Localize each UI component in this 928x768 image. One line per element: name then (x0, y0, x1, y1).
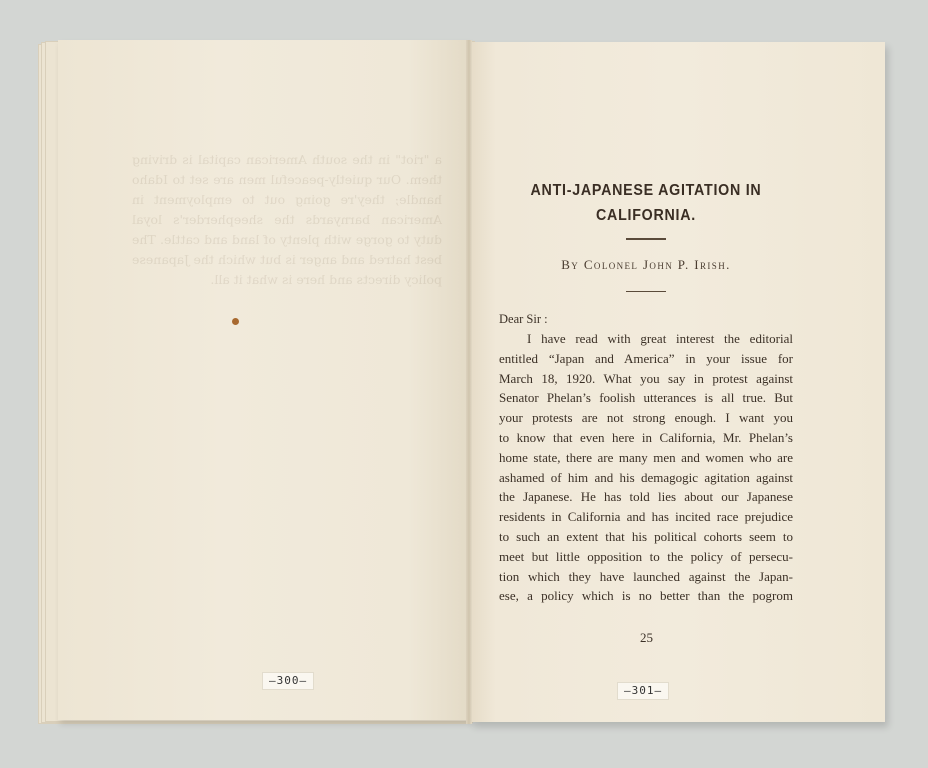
divider-rule (626, 291, 666, 293)
text-line: I have read with great interest the edit… (499, 329, 793, 349)
ink-stain (232, 318, 239, 325)
folio-label-right: —301— (617, 682, 669, 700)
text-line: home state, there are many men and women… (499, 448, 793, 468)
salutation: Dear Sir : (499, 309, 793, 329)
body-text: I have read with great interest the edit… (499, 329, 793, 606)
bleed-through-text: a "riot" in the south American capital i… (132, 150, 442, 290)
text-line: meet but little opposition to the policy… (499, 547, 793, 567)
divider-rule (626, 238, 666, 240)
text-line: to such an extent that his political coh… (499, 527, 793, 547)
byline: By Colonel John P. Irish. (499, 257, 793, 273)
book-gutter (466, 40, 472, 724)
text-line: ashamed of him and his demagogic agitati… (499, 468, 793, 488)
text-line: Senator Phelan’s foolish utterances is a… (499, 388, 793, 408)
text-line: entitled “Japan and America” in your iss… (499, 349, 793, 369)
article: ANTI-JAPANESE AGITATION IN CALIFORNIA. B… (499, 178, 793, 606)
text-line: residents in California and has incited … (499, 507, 793, 527)
title-line-2: CALIFORNIA. (511, 203, 781, 228)
text-line: March 18, 1920. What you say in protest … (499, 369, 793, 389)
page-number: 25 (640, 630, 653, 646)
left-page (58, 40, 470, 720)
text-line: your protests are not strong enough. I w… (499, 408, 793, 428)
text-line: the Japanese. He has told lies about our… (499, 487, 793, 507)
open-book: a "riot" in the south American capital i… (0, 0, 928, 768)
text-line: ese, a policy which is no better than th… (499, 586, 793, 606)
article-title: ANTI-JAPANESE AGITATION IN CALIFORNIA. (511, 178, 781, 228)
title-line-1: ANTI-JAPANESE AGITATION IN (511, 178, 781, 203)
text-line: to know that even here in California, Mr… (499, 428, 793, 448)
text-line: tion which they have launched against th… (499, 567, 793, 587)
folio-label-left: —300— (262, 672, 314, 690)
